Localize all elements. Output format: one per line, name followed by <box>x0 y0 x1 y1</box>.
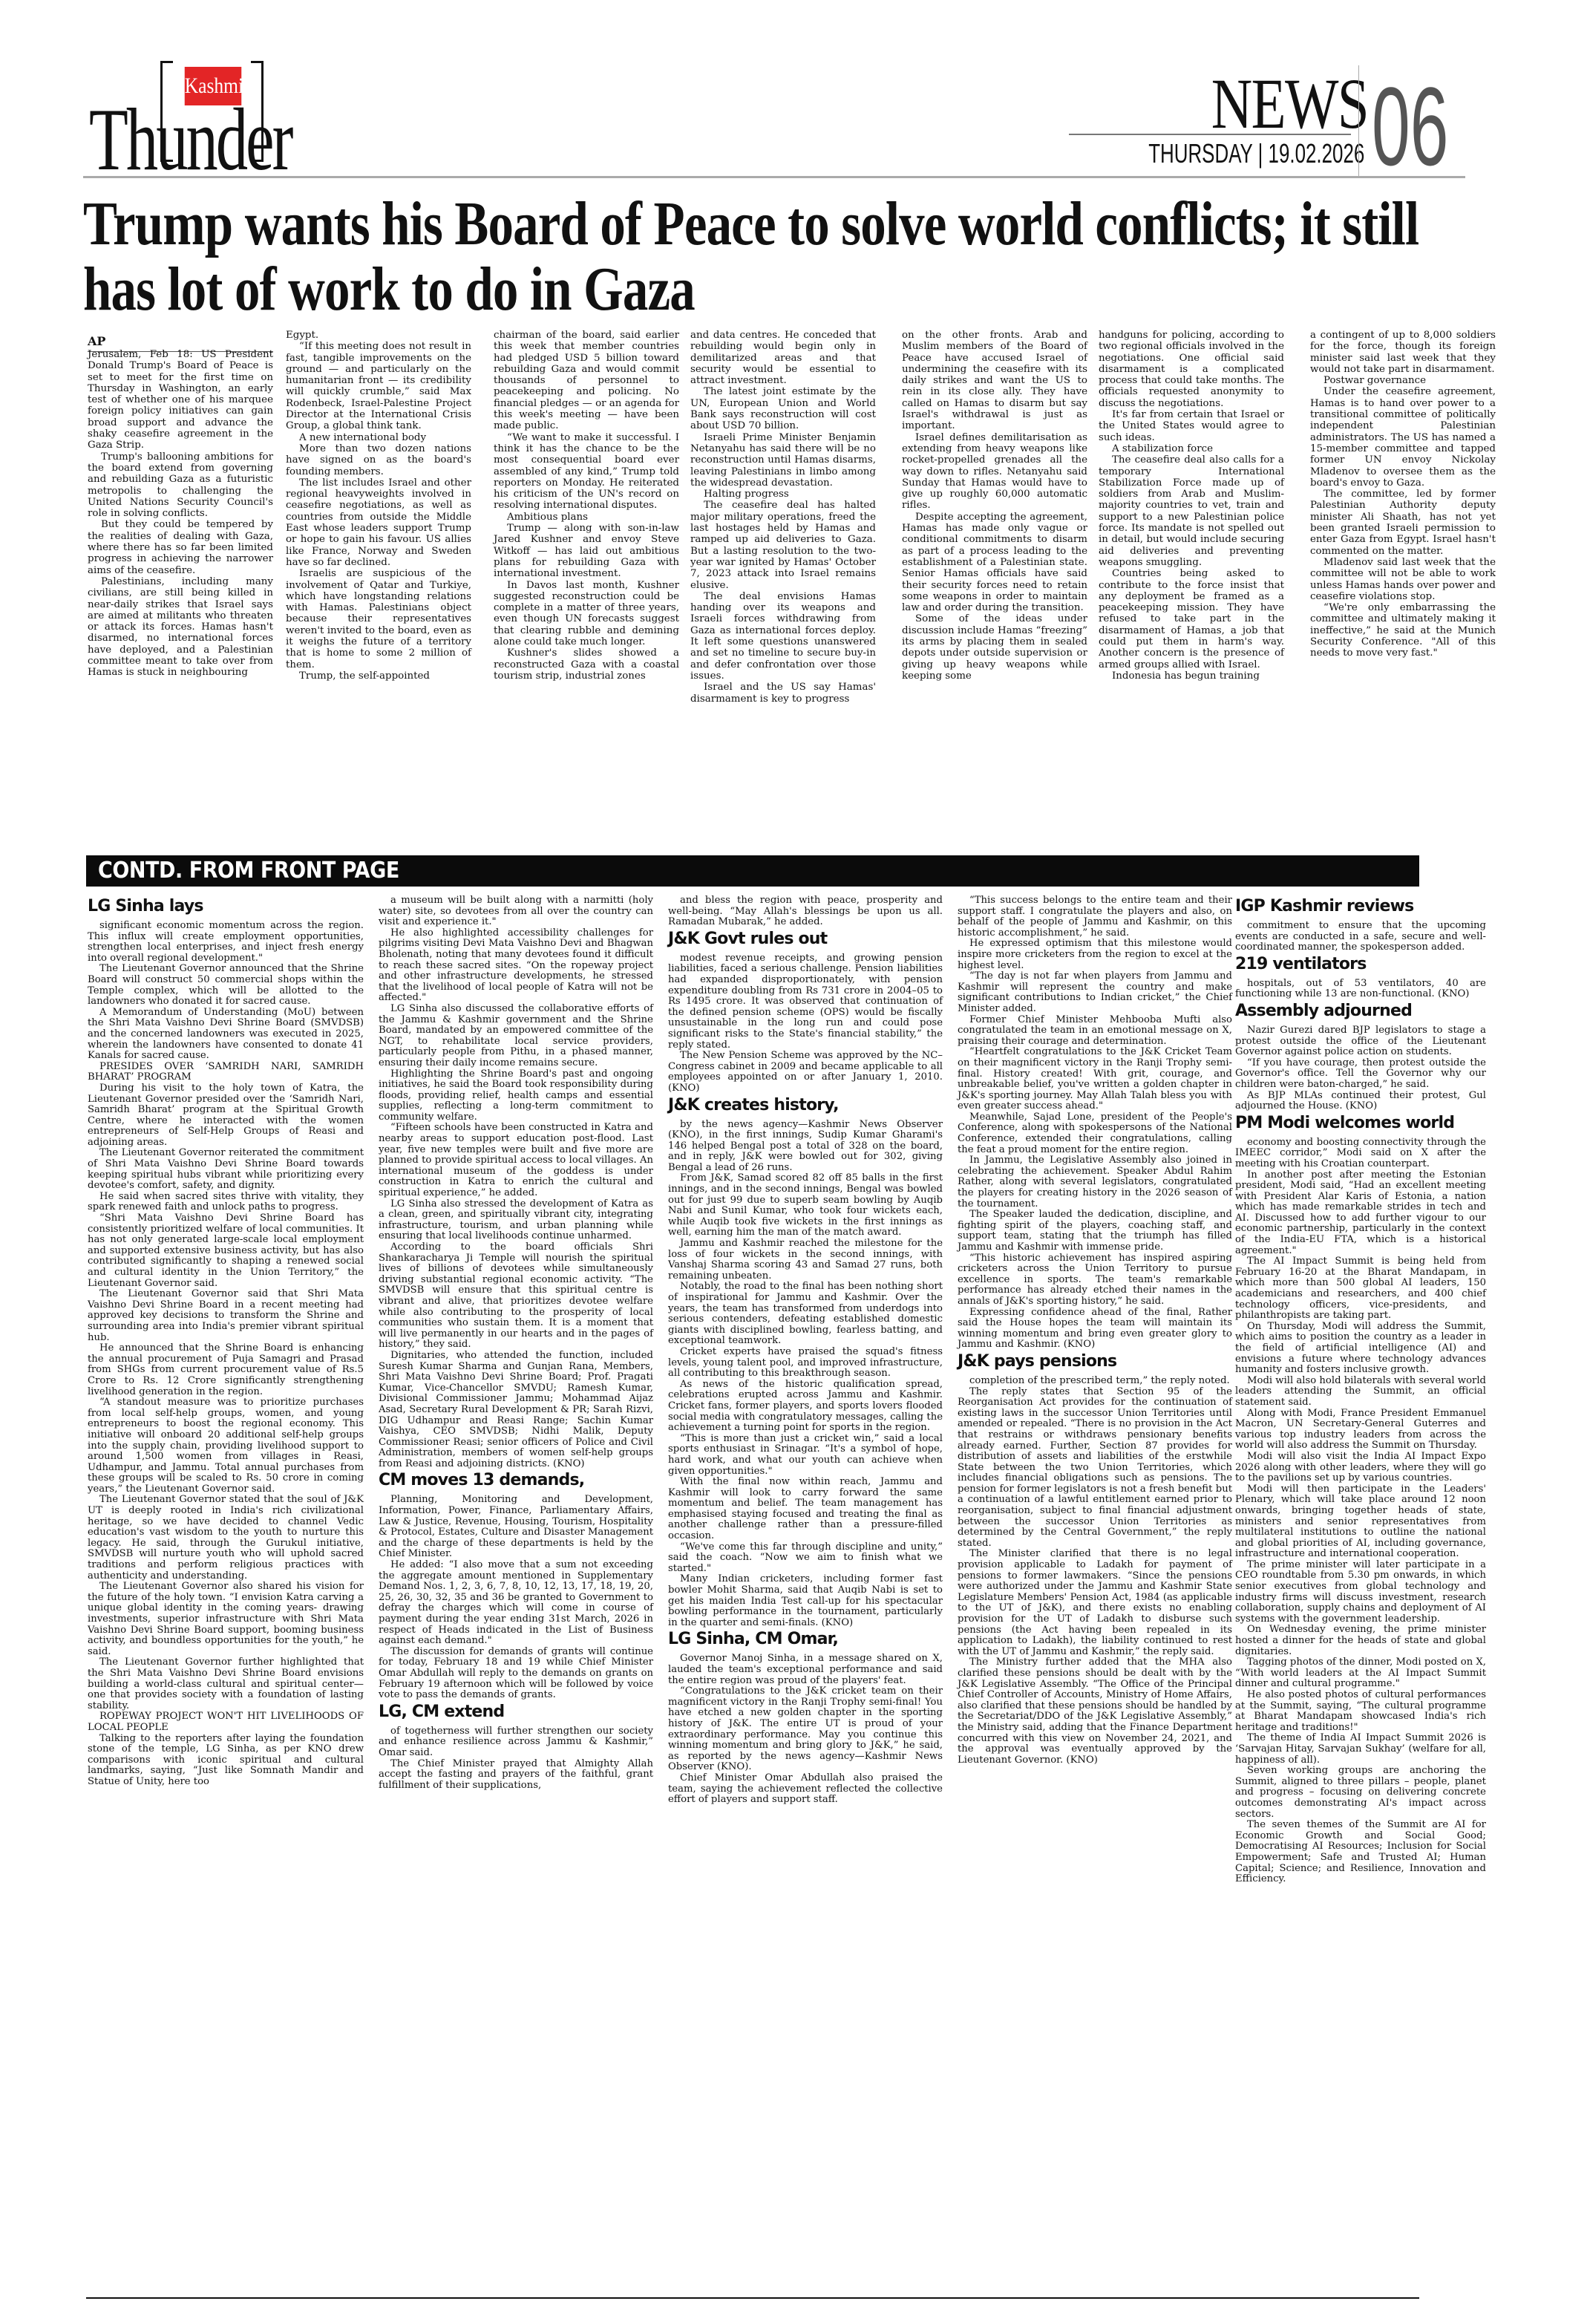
paragraph: He also highlighted accessibility challe… <box>379 928 653 1004</box>
paragraph: commitment to ensure that the upcoming e… <box>1235 921 1486 953</box>
paragraph: Israel and the US say Hamas' disarmament… <box>690 682 876 705</box>
paragraph: “If you have courage, then protest outsi… <box>1235 1058 1486 1091</box>
paragraph: In Davos last month, Kushner suggested r… <box>494 580 679 648</box>
logo-thunder-wordmark: Thunder <box>89 95 292 184</box>
lead-story-column: chairman of the board, said earlier this… <box>494 330 679 682</box>
paragraph: The discussion for demands of grants wil… <box>379 1647 653 1701</box>
paragraph: The committee, led by former Palestinian… <box>1310 489 1496 557</box>
paragraph: Talking to the reporters after laying th… <box>88 1734 364 1788</box>
paragraph: The latest joint estimate by the UN, Eur… <box>690 386 876 431</box>
paragraph: The Minister clarified that there is no … <box>958 1549 1232 1657</box>
paragraph: Trump — along with son-in-law Jared Kush… <box>494 523 679 579</box>
paragraph: As BJP MLAs continued their protest, Gul… <box>1235 1091 1486 1112</box>
masthead-rule <box>83 176 1465 178</box>
dateline: THURSDAY | 19.02.2026 <box>1148 137 1364 170</box>
paragraph: economy and boosting connectivity throug… <box>1235 1137 1486 1170</box>
story-headline: Assembly adjourned <box>1235 1002 1486 1021</box>
paragraph: “We want to make it successful. I think … <box>494 432 679 512</box>
paragraph: Palestinians, including many civilians, … <box>88 576 273 679</box>
paragraph: “We've come this far through discipline … <box>668 1542 943 1575</box>
paragraph: by the news agency—Kashmir News Observer… <box>668 1120 943 1174</box>
paragraph: Expressing confidence ahead of the final… <box>958 1308 1232 1351</box>
contd-column: and bless the region with peace, prosper… <box>668 895 943 1806</box>
page-number: 06 <box>1372 74 1448 178</box>
subhead: A stabilization force <box>1099 443 1284 454</box>
page-bottom-rule <box>86 2297 1419 2299</box>
paragraph: Many Indian cricketers, including former… <box>668 1574 943 1628</box>
paragraph: Cricket experts have praised the squad's… <box>668 1347 943 1380</box>
story-headline: LG Sinha lays <box>88 897 364 916</box>
paragraph: modest revenue receipts, and growing pen… <box>668 953 943 1051</box>
paragraph: Notably, the road to the final has been … <box>668 1282 943 1347</box>
lead-story-column: handguns for policing, according to two … <box>1099 330 1284 682</box>
paragraph: The New Pension Scheme was approved by t… <box>668 1051 943 1094</box>
paragraph: a contingent of up to 8,000 soldiers for… <box>1310 330 1496 375</box>
paragraph: Along with Modi, France President Emmanu… <box>1235 1409 1486 1452</box>
page-number-divider <box>1358 65 1359 178</box>
paragraph: PRESIDES OVER ‘SAMRIDH NARI, SAMRIDH BHA… <box>88 1062 364 1083</box>
paragraph: The ceasefire deal also calls for a temp… <box>1099 454 1284 568</box>
paragraph: More than two dozen nations have signed … <box>286 443 471 477</box>
paragraph: The Speaker lauded the dedication, disci… <box>958 1210 1232 1253</box>
paragraph: The Lieutenant Governor announced that t… <box>88 964 364 1007</box>
paragraph: On Thursday, Modi will address the Summi… <box>1235 1322 1486 1376</box>
contd-column: a museum will be built along with a narm… <box>379 895 653 1791</box>
paragraph: With the final now within reach, Jammu a… <box>668 1477 943 1542</box>
paragraph: The Lieutenant Governor stated that the … <box>88 1495 364 1582</box>
paragraph: Jerusalem, Feb 18: US President Donald T… <box>88 349 273 451</box>
paragraph: The Lieutenant Governor also shared his … <box>88 1582 364 1657</box>
paragraph: In Jammu, the Legislative Assembly also … <box>958 1155 1232 1210</box>
section-label: NEWS <box>1211 71 1368 137</box>
paragraph: completion of the prescribed term,” the … <box>958 1376 1232 1387</box>
paragraph: From J&K, Samad scored 82 off 85 balls i… <box>668 1173 943 1238</box>
paragraph: “This success belongs to the entire team… <box>958 895 1232 939</box>
paragraph: significant economic momentum across the… <box>88 921 364 964</box>
paragraph: “If this meeting does not result in fast… <box>286 341 471 431</box>
lead-headline: Trump wants his Board of Peace to solve … <box>83 192 1453 322</box>
paragraph: During his visit to the holy town of Kat… <box>88 1083 364 1149</box>
paragraph: The Chief Minister prayed that Almighty … <box>379 1759 653 1792</box>
paragraph: on the other fronts. Arab and Muslim mem… <box>902 330 1087 432</box>
lead-story-column: Egypt.“If this meeting does not result i… <box>286 330 471 682</box>
paragraph: Modi will also visit the India AI Impact… <box>1235 1452 1486 1484</box>
paragraph: The reply states that Section 95 of the … <box>958 1387 1232 1550</box>
paragraph: Nazir Gurezi dared BJP legislators to st… <box>1235 1025 1486 1058</box>
paragraph: He announced that the Shrine Board is en… <box>88 1343 364 1397</box>
paragraph: Kushner's slides showed a reconstructed … <box>494 647 679 682</box>
paragraph: Egypt. <box>286 330 471 341</box>
story-headline: LG, CM extend <box>379 1703 653 1722</box>
subhead: Halting progress <box>690 489 876 500</box>
paragraph: and bless the region with peace, prosper… <box>668 895 943 928</box>
paragraph: Dignitaries, who attended the function, … <box>379 1351 653 1470</box>
subhead: Ambitious plans <box>494 512 679 523</box>
paragraph: The Lieutenant Governor said that Shri M… <box>88 1289 364 1343</box>
lead-story-column: a contingent of up to 8,000 soldiers for… <box>1310 330 1496 659</box>
paragraph: Israel defines demilitarisation as exten… <box>902 432 1087 512</box>
paragraph: Mladenov said last week that the committ… <box>1310 557 1496 602</box>
lead-story-column: Jerusalem, Feb 18: US President Donald T… <box>88 349 273 679</box>
paragraph: “Congratulations to the J&K cricket team… <box>668 1686 943 1773</box>
story-headline: LG Sinha, CM Omar, <box>668 1630 943 1649</box>
paragraph: Countries being asked to contribute to t… <box>1099 568 1284 670</box>
paragraph: The theme of India AI Impact Summit 2026… <box>1235 1733 1486 1766</box>
paragraph: Despite accepting the agreement, Hamas h… <box>902 512 1087 614</box>
paragraph: He added: “I also move that a sum not ex… <box>379 1560 653 1647</box>
lead-story-column: and data centres. He conceded that rebui… <box>690 330 876 705</box>
paragraph: Israelis are suspicious of the involveme… <box>286 568 471 670</box>
paragraph: ROPEWAY PROJECT WON'T HIT LIVELIHOODS OF… <box>88 1711 364 1733</box>
paragraph: Israeli Prime Minister Benjamin Netanyah… <box>690 432 876 489</box>
paragraph: Chief Minister Omar Abdullah also praise… <box>668 1773 943 1806</box>
paragraph: chairman of the board, said earlier this… <box>494 330 679 432</box>
paragraph: Jammu and Kashmir reached the milestone … <box>668 1238 943 1282</box>
paragraph: Indonesia has begun training <box>1099 670 1284 682</box>
paragraph: handguns for policing, according to two … <box>1099 330 1284 409</box>
paragraph: Highlighting the Shrine Board's past and… <box>379 1069 653 1123</box>
paragraph: On Wednesday evening, the prime minister… <box>1235 1625 1486 1657</box>
subhead: Postwar governance <box>1310 375 1496 386</box>
lead-story-column: on the other fronts. Arab and Muslim mem… <box>902 330 1087 682</box>
subhead: A new international body <box>286 432 471 443</box>
paragraph: According to the board officials Shri Sh… <box>379 1242 653 1351</box>
paragraph: A Memorandum of Understanding (MoU) betw… <box>88 1008 364 1062</box>
contd-banner: CONTD. FROM FRONT PAGE <box>86 855 1419 887</box>
paragraph: Some of the ideas under discussion inclu… <box>902 613 1087 682</box>
paragraph: “The day is not far when players from Ja… <box>958 971 1232 1014</box>
paragraph: LG Sinha also stressed the development o… <box>379 1199 653 1242</box>
paragraph: The prime minister will later participat… <box>1235 1560 1486 1625</box>
dateline-date: 19.02.2026 <box>1268 138 1364 169</box>
paragraph: “A standout measure was to prioritize pu… <box>88 1397 364 1495</box>
paragraph: Modi will then participate in the Leader… <box>1235 1484 1486 1560</box>
paragraph: As news of the historic qualification sp… <box>668 1380 943 1434</box>
story-headline: PM Modi welcomes world <box>1235 1114 1486 1133</box>
contd-banner-label: CONTD. FROM FRONT PAGE <box>98 855 399 887</box>
section-rule <box>1069 134 1351 135</box>
paragraph: The AI Impact Summit is being held from … <box>1235 1256 1486 1322</box>
paragraph: He also posted photos of cultural perfor… <box>1235 1690 1486 1733</box>
contd-column: “This success belongs to the entire team… <box>958 895 1232 1766</box>
paragraph: Former Chief Minister Mehbooba Mufti als… <box>958 1015 1232 1048</box>
paragraph: The Ministry further added that the MHA … <box>958 1657 1232 1766</box>
story-headline: CM moves 13 demands, <box>379 1471 653 1490</box>
paragraph: Planning, Monitoring and Development, In… <box>379 1495 653 1560</box>
paragraph: Trump, the self-appointed <box>286 670 471 682</box>
story-headline: J&K Govt rules out <box>668 930 943 949</box>
story-headline: J&K creates history, <box>668 1096 943 1115</box>
contd-column: LG Sinha layssignificant economic moment… <box>88 895 364 1788</box>
paragraph: Under the ceasefire agreement, Hamas is … <box>1310 386 1496 489</box>
dateline-separator: | <box>1257 138 1263 169</box>
paragraph: “Heartfelt congratulations to the J&K Cr… <box>958 1047 1232 1112</box>
paragraph: In another post after meeting the Estoni… <box>1235 1170 1486 1257</box>
paragraph: He expressed optimism that this mileston… <box>958 939 1232 971</box>
paragraph: Governor Manoj Sinha, in a message share… <box>668 1654 943 1686</box>
story-headline: IGP Kashmir reviews <box>1235 897 1486 916</box>
paragraph: Seven working groups are anchoring the S… <box>1235 1766 1486 1820</box>
paragraph: The seven themes of the Summit are AI fo… <box>1235 1820 1486 1885</box>
paragraph: Meanwhile, Sajad Lone, president of the … <box>958 1112 1232 1155</box>
paragraph: “This is more than just a cricket win,” … <box>668 1434 943 1477</box>
paragraph: The ceasefire deal has halted major mili… <box>690 500 876 590</box>
paragraph: a museum will be built along with a narm… <box>379 895 653 928</box>
story-headline: J&K pays pensions <box>958 1352 1232 1371</box>
paragraph: of togetherness will further strengthen … <box>379 1726 653 1759</box>
paragraph: The Lieutenant Governor reiterated the c… <box>88 1148 364 1191</box>
paragraph: Trump's ballooning ambitions for the boa… <box>88 451 273 520</box>
masthead-logo: Kashmir Thunder <box>89 61 401 172</box>
paragraph: He said when sacred sites thrive with vi… <box>88 1192 364 1213</box>
paragraph: It's far from certain that Israel or the… <box>1099 409 1284 443</box>
dateline-day: THURSDAY <box>1148 138 1252 169</box>
paragraph: LG Sinha also discussed the collaborativ… <box>379 1004 653 1069</box>
paragraph: “Shri Mata Vaishno Devi Shrine Board has… <box>88 1213 364 1289</box>
contd-column: IGP Kashmir reviewscommitment to ensure … <box>1235 895 1486 1885</box>
paragraph: “This historic achievement has inspired … <box>958 1253 1232 1308</box>
story-headline: 219 ventilators <box>1235 955 1486 974</box>
paragraph: But they could be tempered by the realit… <box>88 519 273 575</box>
paragraph: The Lieutenant Governor further highligh… <box>88 1657 364 1711</box>
paragraph: The deal envisions Hamas handing over it… <box>690 591 876 682</box>
paragraph: The list includes Israel and other regio… <box>286 477 471 568</box>
paragraph: Tagging photos of the dinner, Modi poste… <box>1235 1657 1486 1690</box>
paragraph: “Fifteen schools have been constructed i… <box>379 1123 653 1198</box>
paragraph: hospitals, out of 53 ventilators, 40 are… <box>1235 979 1486 1000</box>
paragraph: “We're only embarrassing the committee a… <box>1310 602 1496 659</box>
paragraph: Modi will also hold bilaterals with seve… <box>1235 1376 1486 1409</box>
paragraph: and data centres. He conceded that rebui… <box>690 330 876 386</box>
